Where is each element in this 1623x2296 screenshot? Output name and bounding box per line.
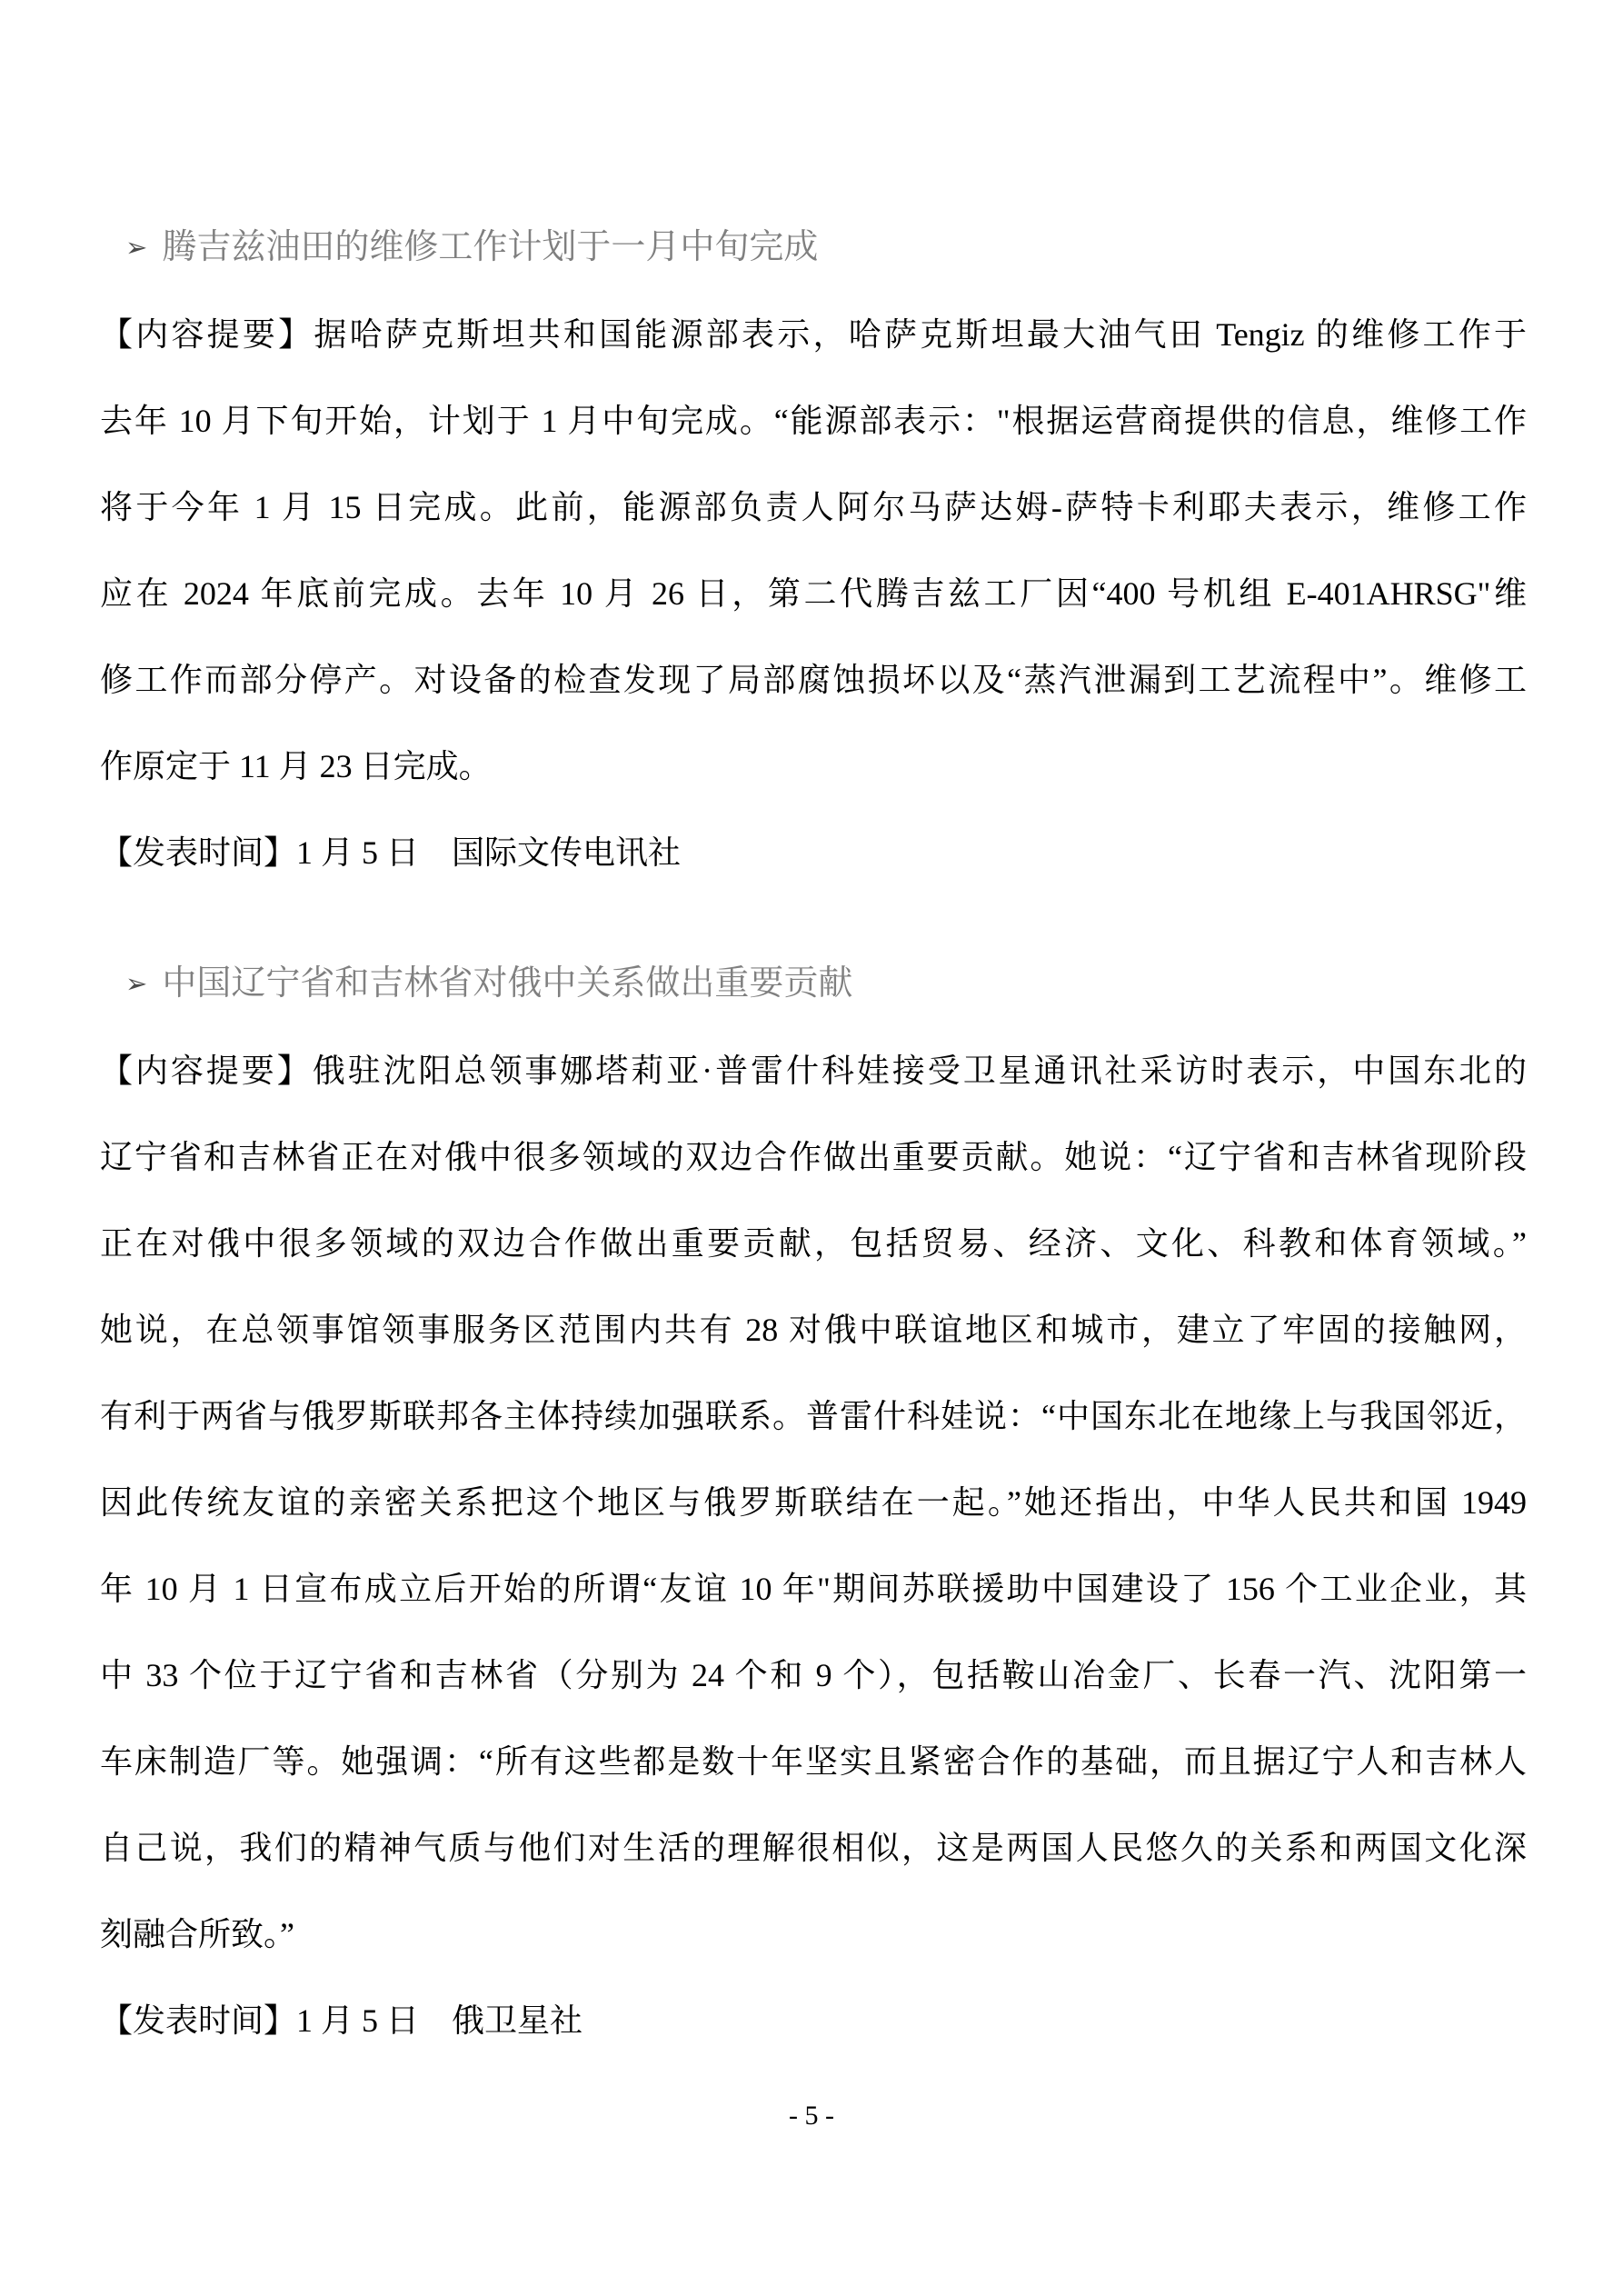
paragraph-line: 【内容提要】俄驻沈阳总领事娜塔莉亚·普雷什科娃接受卫星通讯社采访时表示，中国东北… [100,1028,1527,1114]
arrow-bullet-icon: ➢ [125,968,147,999]
section-2-heading-text: 中国辽宁省和吉林省对俄中关系做出重要贡献 [162,964,852,1003]
paragraph-line: 作原定于 11 月 23 日完成。 [100,724,1527,810]
paragraph-line: 将于今年 1 月 15 日完成。此前，能源部负责人阿尔马萨达姆-萨特卡利耶夫表示… [100,464,1527,551]
page-content: ➢腾吉兹油田的维修工作计划于一月中旬完成 【内容提要】据哈萨克斯坦共和国能源部表… [100,0,1527,2064]
section-1-publish-line: 【发表时间】1 月 5 日 国际文传电讯社 [100,810,1527,896]
paragraph-line: 有利于两省与俄罗斯联邦各主体持续加强联系。普雷什科娃说：“中国东北在地缘上与我国… [100,1373,1527,1460]
document-page: ➢腾吉兹油田的维修工作计划于一月中旬完成 【内容提要】据哈萨克斯坦共和国能源部表… [0,0,1623,2296]
paragraph-line: 车床制造厂等。她强调：“所有这些都是数十年坚实且紧密合作的基础，而且据辽宁人和吉… [100,1719,1527,1805]
paragraph-line: 应在 2024 年底前完成。去年 10 月 26 日，第二代腾吉兹工厂因“400… [100,551,1527,637]
paragraph-line: 她说，在总领事馆领事服务区范围内共有 28 对俄中联谊地区和城市，建立了牢固的接… [100,1287,1527,1373]
page-number: - 5 - [0,2098,1623,2134]
paragraph-line: 自己说，我们的精神气质与他们对生活的理解很相似，这是两国人民悠久的关系和两国文化… [100,1805,1527,1892]
section-1-heading-text: 腾吉兹油田的维修工作计划于一月中旬完成 [162,228,818,266]
paragraph-line: 年 10 月 1 日宣布成立后开始的所谓“友谊 10 年"期间苏联援助中国建设了… [100,1546,1527,1632]
paragraph-line: 因此传统友谊的亲密关系把这个地区与俄罗斯联结在一起。”她还指出，中华人民共和国 … [100,1460,1527,1546]
paragraph-line: 去年 10 月下旬开始，计划于 1 月中旬完成。“能源部表示："根据运营商提供的… [100,378,1527,464]
section-2-heading: ➢中国辽宁省和吉林省对俄中关系做出重要贡献 [100,965,1527,1002]
arrow-bullet-icon: ➢ [125,232,147,263]
section-2-paragraph: 【内容提要】俄驻沈阳总领事娜塔莉亚·普雷什科娃接受卫星通讯社采访时表示，中国东北… [100,1028,1527,1978]
paragraph-line: 【内容提要】据哈萨克斯坦共和国能源部表示，哈萨克斯坦最大油气田 Tengiz 的… [100,292,1527,378]
paragraph-line: 修工作而部分停产。对设备的检查发现了局部腐蚀损坏以及“蒸汽泄漏到工艺流程中”。维… [100,637,1527,724]
section-1-paragraph: 【内容提要】据哈萨克斯坦共和国能源部表示，哈萨克斯坦最大油气田 Tengiz 的… [100,292,1527,810]
paragraph-line: 刻融合所致。” [100,1892,1527,1978]
section-1-heading: ➢腾吉兹油田的维修工作计划于一月中旬完成 [100,229,1527,265]
paragraph-line: 辽宁省和吉林省正在对俄中很多领域的双边合作做出重要贡献。她说：“辽宁省和吉林省现… [100,1114,1527,1201]
paragraph-line: 中 33 个位于辽宁省和吉林省（分别为 24 个和 9 个），包括鞍山冶金厂、长… [100,1632,1527,1719]
section-2-publish-line: 【发表时间】1 月 5 日 俄卫星社 [100,1978,1527,2064]
paragraph-line: 正在对俄中很多领域的双边合作做出重要贡献，包括贸易、经济、文化、科教和体育领域。… [100,1201,1527,1287]
